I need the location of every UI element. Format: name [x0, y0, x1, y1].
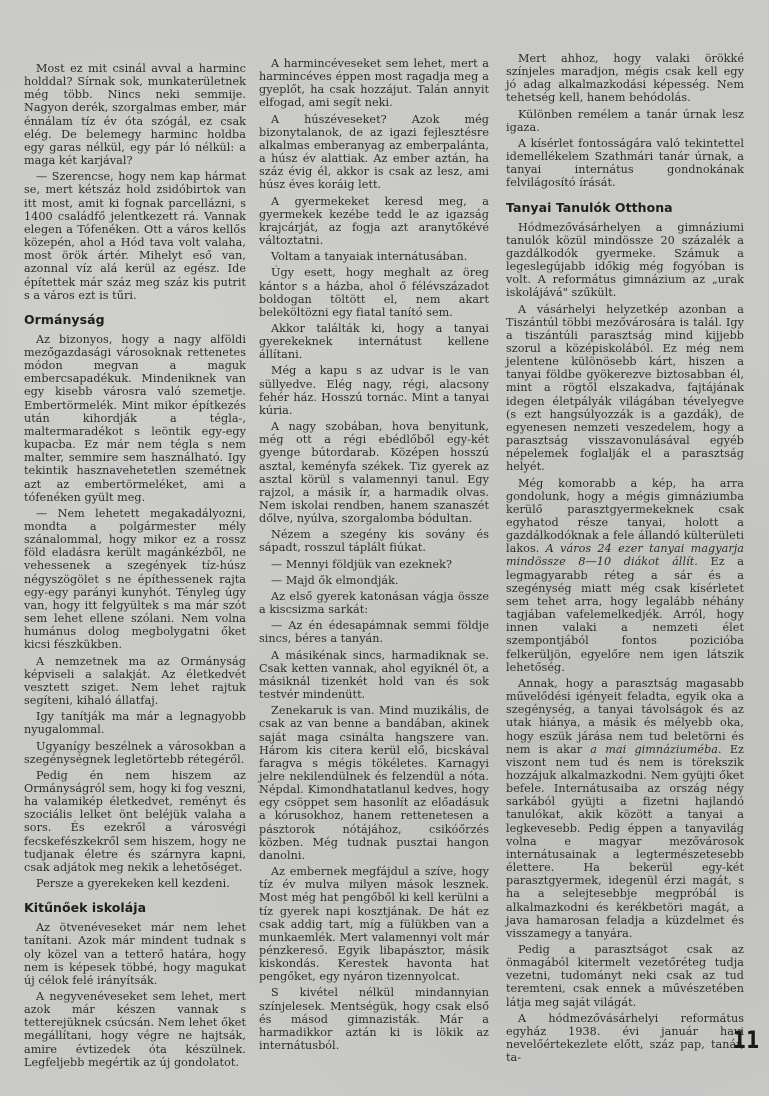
paragraph: S kivétel nélkül mindannyian színjelesek… — [259, 986, 489, 1052]
section-heading: Tanyai Tanulók Otthona — [506, 200, 744, 215]
paragraph: A nemzetnek ma az Ormányság képviseli a … — [24, 655, 246, 708]
paragraph: Az bizonyos, hogy a nagy alföldi mezőgaz… — [24, 333, 246, 504]
paragraph: Voltam a tanyaiak internátusában. — [259, 250, 489, 263]
column-3: Mert ahhoz, hogy valaki örökké színjeles… — [506, 52, 744, 1067]
paragraph: A húszéveseket? Azok még bizonytalanok, … — [259, 113, 489, 192]
paragraph: Zenekaruk is van. Mind muzikális, de csa… — [259, 704, 489, 862]
paragraph: A harmincéveseket sem lehet, mert a harm… — [259, 57, 489, 110]
paragraph: A gyermekeket keresd meg, a gyermekek ke… — [259, 195, 489, 248]
paragraph: A másikénak sincs, harmadiknak se. Csak … — [259, 649, 489, 702]
paragraph: — Mennyi földjük van ezeknek? — [259, 558, 489, 571]
paragraph: — Majd ők elmondják. — [259, 574, 489, 587]
page-number: 11 — [732, 1026, 759, 1054]
paragraph: — Az én édesapámnak semmi földje sincs, … — [259, 619, 489, 645]
paragraph: Pedig a parasztságot csak az önmagából k… — [506, 943, 744, 1009]
paragraph: Még komorabb a kép, ha arra gondolunk, h… — [506, 477, 744, 674]
section-heading: Ormányság — [24, 312, 246, 327]
section-heading: Kitűnőek iskolája — [24, 900, 246, 915]
paragraph: Mert ahhoz, hogy valaki örökké színjeles… — [506, 52, 744, 105]
paragraph: Különben remélem a tanár úrnak lesz igaz… — [506, 108, 744, 134]
paragraph: Úgy esett, hogy meghalt az öreg kántor s… — [259, 266, 489, 319]
paragraph: — Szerencse, hogy nem kap hármat se, mer… — [24, 170, 246, 302]
paragraph: Most ez mit csinál avval a harminc holdd… — [24, 62, 246, 167]
paragraph: A hódmezővásárhelyi református egyház 19… — [506, 1012, 744, 1065]
column-2: A harmincéveseket sem lehet, mert a harm… — [259, 57, 489, 1055]
paragraph: Pedig én nem hiszem az Ormányságról sem,… — [24, 769, 246, 874]
paragraph: A negyvenéveseket sem lehet, mert azok m… — [24, 990, 246, 1069]
paragraph: Ugyanígy beszélnek a városokban a szegén… — [24, 740, 246, 766]
text-run: . Ez a legmagyarabb réteg a sár és a sze… — [506, 555, 744, 673]
text-run: Ez viszont nem tud és nem is törekszik h… — [506, 743, 744, 940]
paragraph: Akkor találták ki, hogy a tanyai gyereke… — [259, 322, 489, 361]
paragraph: Még a kapu s az udvar is le van süllyedv… — [259, 364, 489, 417]
paragraph: Annak, hogy a parasztság magasabb művelő… — [506, 677, 744, 940]
paragraph: — Nem lehetett megakadályozni, mondta a … — [24, 507, 246, 652]
paragraph: A vásárhelyi helyzetkép azonban a Tiszán… — [506, 303, 744, 474]
paragraph: Az embernek megfájdul a szíve, hogy tíz … — [259, 865, 489, 983]
magazine-page: Most ez mit csinál avval a harminc holdd… — [0, 0, 769, 1096]
paragraph: Nézem a szegény kis sovány és sápadt, ro… — [259, 528, 489, 554]
column-1: Most ez mit csinál avval a harminc holdd… — [24, 62, 246, 1072]
paragraph: A kísérlet fontosságára való tekintettel… — [506, 137, 744, 190]
italic-emphasis: a mai gimnáziumébа. — [590, 743, 721, 756]
paragraph: Az első gyerek katonásan vágja össze a k… — [259, 590, 489, 616]
paragraph: A nagy szobában, hova benyitunk, még ott… — [259, 420, 489, 525]
paragraph: Az ötvenéveseket már nem lehet tanítani.… — [24, 921, 246, 987]
paragraph: Hódmezővásárhelyen a gimnáziumi tanulók … — [506, 221, 744, 300]
paragraph: Persze a gyerekeken kell kezdeni. — [24, 877, 246, 890]
paragraph: Igy tanítják ma már a legnagyobb nyugalo… — [24, 710, 246, 736]
